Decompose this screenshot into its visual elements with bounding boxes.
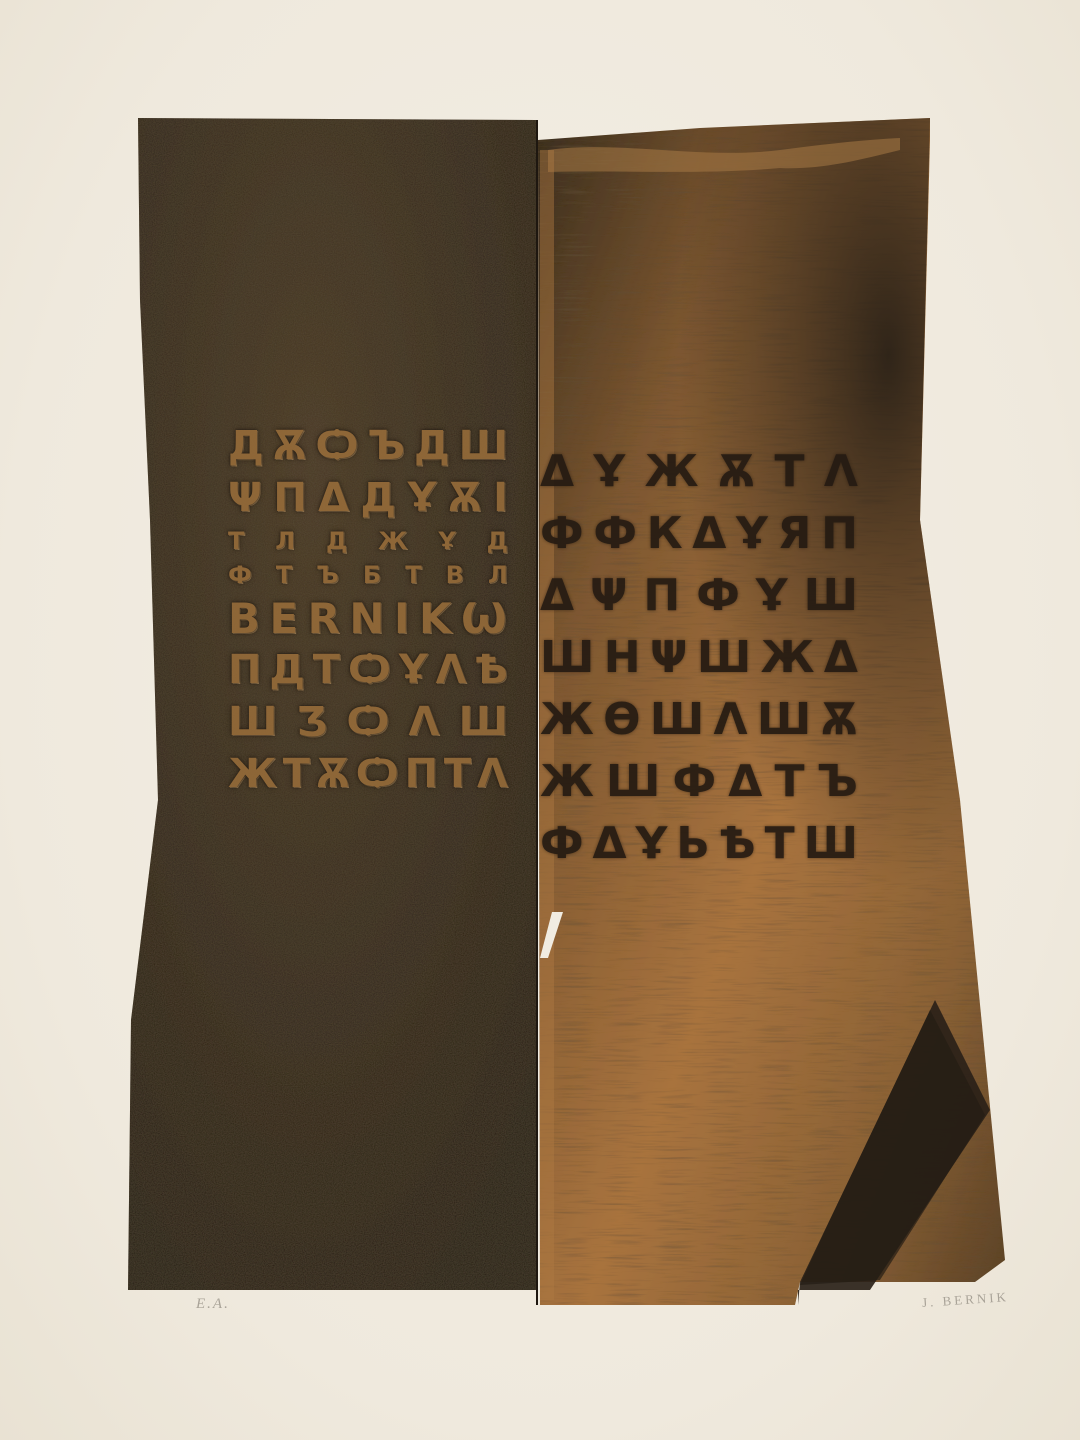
left-glyph-row-2: Ψ П Δ Д Ұ Ѫ І — [228, 472, 508, 524]
glyph: Ш — [697, 632, 751, 683]
right-glyph-row-4: Ш Н Ψ Ш Ж Δ — [540, 626, 858, 688]
glyph: П — [273, 475, 306, 521]
glyph: К — [647, 508, 683, 559]
right-glyph-row-3: Δ Ψ П Ф Ұ Ш — [540, 564, 858, 626]
glyph: Ѫ — [316, 751, 350, 797]
glyph: Ш — [804, 818, 858, 869]
glyph: Δ — [318, 475, 349, 521]
glyph: Ж — [645, 446, 699, 497]
glyph: B — [228, 594, 261, 643]
glyph: Т — [775, 446, 805, 497]
glyph: Ж — [378, 527, 407, 555]
glyph: Ж — [540, 756, 594, 807]
glyph: Ь — [676, 818, 710, 869]
glyph: П — [405, 751, 438, 797]
glyph: Д — [228, 423, 264, 469]
glyph: Ѻ — [356, 751, 399, 797]
glyph: Д — [269, 647, 305, 693]
glyph: Т — [405, 561, 421, 589]
left-glyph-row-6: П Д Т Ѻ Ұ Λ Ѣ — [228, 644, 508, 696]
glyph: Ф — [673, 756, 717, 807]
glyph: І — [493, 475, 508, 521]
print-sheet: Д Ѫ Ѻ Ъ Д Ш Ψ П Δ Д Ұ Ѫ І Т Л Д Ж Ұ Д Ф … — [0, 0, 1080, 1440]
glyph: Ѫ — [273, 423, 307, 469]
glyph: П — [228, 647, 261, 693]
left-glyph-block: Д Ѫ Ѻ Ъ Д Ш Ψ П Δ Д Ұ Ѫ І Т Л Д Ж Ұ Д Ф … — [228, 420, 508, 800]
glyph: Ψ — [650, 632, 687, 683]
glyph: Ѣ — [719, 818, 756, 869]
glyph: Ш — [804, 570, 858, 621]
glyph: Δ — [728, 756, 762, 807]
glyph: Ѫ — [821, 694, 858, 745]
glyph: Ұ — [399, 647, 428, 693]
left-glyph-row-3: Т Л Д Ж Ұ Д — [228, 524, 508, 558]
right-glyph-row-2: Ф Ф К Δ Ұ Я П — [540, 502, 858, 564]
glyph: Ѻ — [316, 423, 359, 469]
glyph: Ш — [757, 694, 811, 745]
glyph: В — [446, 561, 464, 589]
glyph: Ф — [540, 508, 584, 559]
glyph: K — [419, 594, 453, 643]
glyph: Λ — [409, 699, 440, 745]
glyph: Ж — [228, 751, 277, 797]
glyph: Ѣ — [474, 647, 508, 693]
glyph: Ш — [459, 699, 508, 745]
glyph: Т — [775, 756, 805, 807]
glyph: Ѡ — [461, 594, 508, 643]
glyph: Ѫ — [718, 446, 755, 497]
glyph: Ұ — [407, 475, 436, 521]
right-glyph-row-5: Ж Ѳ Ш Λ Ш Ѫ — [540, 688, 858, 750]
right-glyph-block: Δ Ұ Ж Ѫ Т Λ Ф Ф К Δ Ұ Я П Δ Ψ П Ф Ұ Ш Ш … — [540, 440, 858, 874]
glyph: Δ — [540, 570, 574, 621]
glyph: Ъ — [817, 756, 858, 807]
glyph: Ѳ — [603, 694, 640, 745]
glyph: Δ — [540, 446, 574, 497]
glyph: Д — [414, 423, 450, 469]
glyph: Ш — [606, 756, 660, 807]
glyph: Д — [487, 527, 508, 555]
glyph: Т — [228, 527, 244, 555]
left-glyph-row-1: Д Ѫ Ѻ Ъ Д Ш — [228, 420, 508, 472]
glyph: Δ — [692, 508, 726, 559]
glyph: Ұ — [736, 508, 768, 559]
glyph: R — [308, 594, 341, 643]
glyph: Ш — [650, 694, 704, 745]
left-glyph-row-4: Ф Т Ъ Б Т В Л — [228, 558, 508, 592]
glyph: E — [269, 594, 299, 643]
glyph: Ψ — [590, 570, 627, 621]
glyph: Ъ — [316, 561, 339, 589]
right-glyph-row-7: Ф Δ Ұ Ь Ѣ Т Ш — [540, 812, 858, 874]
glyph: Ѻ — [348, 647, 391, 693]
glyph: Т — [765, 818, 795, 869]
glyph: Д — [326, 527, 347, 555]
glyph: Δ — [593, 818, 627, 869]
right-glyph-row-6: Ж Ш Ф Δ Т Ъ — [540, 750, 858, 812]
glyph: Ф — [540, 818, 584, 869]
glyph: Н — [604, 632, 641, 683]
glyph: Λ — [477, 751, 508, 797]
glyph: Б — [363, 561, 381, 589]
glyph: П — [821, 508, 858, 559]
left-glyph-row-7: Ш Ʒ Ѻ Λ Ш — [228, 696, 508, 748]
glyph: Л — [275, 527, 295, 555]
glyph: П — [643, 570, 680, 621]
glyph: Λ — [436, 647, 467, 693]
edition-inscription: E.A. — [196, 1296, 230, 1313]
glyph: Ф — [228, 561, 252, 589]
glyph: Ф — [593, 508, 637, 559]
glyph: Ш — [459, 423, 508, 469]
glyph: Ф — [696, 570, 740, 621]
glyph: Ж — [540, 694, 594, 745]
glyph: Ψ — [228, 475, 262, 521]
left-glyph-row-8: Ж Т Ѫ Ѻ П Т Λ — [228, 748, 508, 800]
glyph: Ш — [540, 632, 594, 683]
glyph: Λ — [714, 694, 748, 745]
glyph: Ұ — [636, 818, 668, 869]
glyph: Ъ — [367, 423, 405, 469]
glyph: Ѫ — [448, 475, 482, 521]
glyph: Я — [778, 508, 812, 559]
glyph: Т — [444, 751, 471, 797]
glyph: Δ — [824, 632, 858, 683]
glyph: Т — [283, 751, 310, 797]
glyph: Ʒ — [297, 699, 328, 745]
glyph: Ж — [761, 632, 815, 683]
glyph: Т — [276, 561, 292, 589]
right-glyph-row-1: Δ Ұ Ж Ѫ Т Λ — [540, 440, 858, 502]
glyph: Д — [360, 475, 396, 521]
glyph: Ұ — [438, 527, 455, 555]
glyph: Л — [488, 561, 508, 589]
glyph: Λ — [824, 446, 858, 497]
glyph: Ұ — [593, 446, 625, 497]
glyph: Ѻ — [346, 699, 389, 745]
glyph: I — [394, 594, 411, 643]
glyph: Ұ — [756, 570, 788, 621]
glyph: N — [349, 594, 385, 643]
left-glyph-row-bernik: B E R N I K Ѡ — [228, 592, 508, 644]
glyph: Т — [313, 647, 340, 693]
glyph: Ш — [228, 699, 277, 745]
